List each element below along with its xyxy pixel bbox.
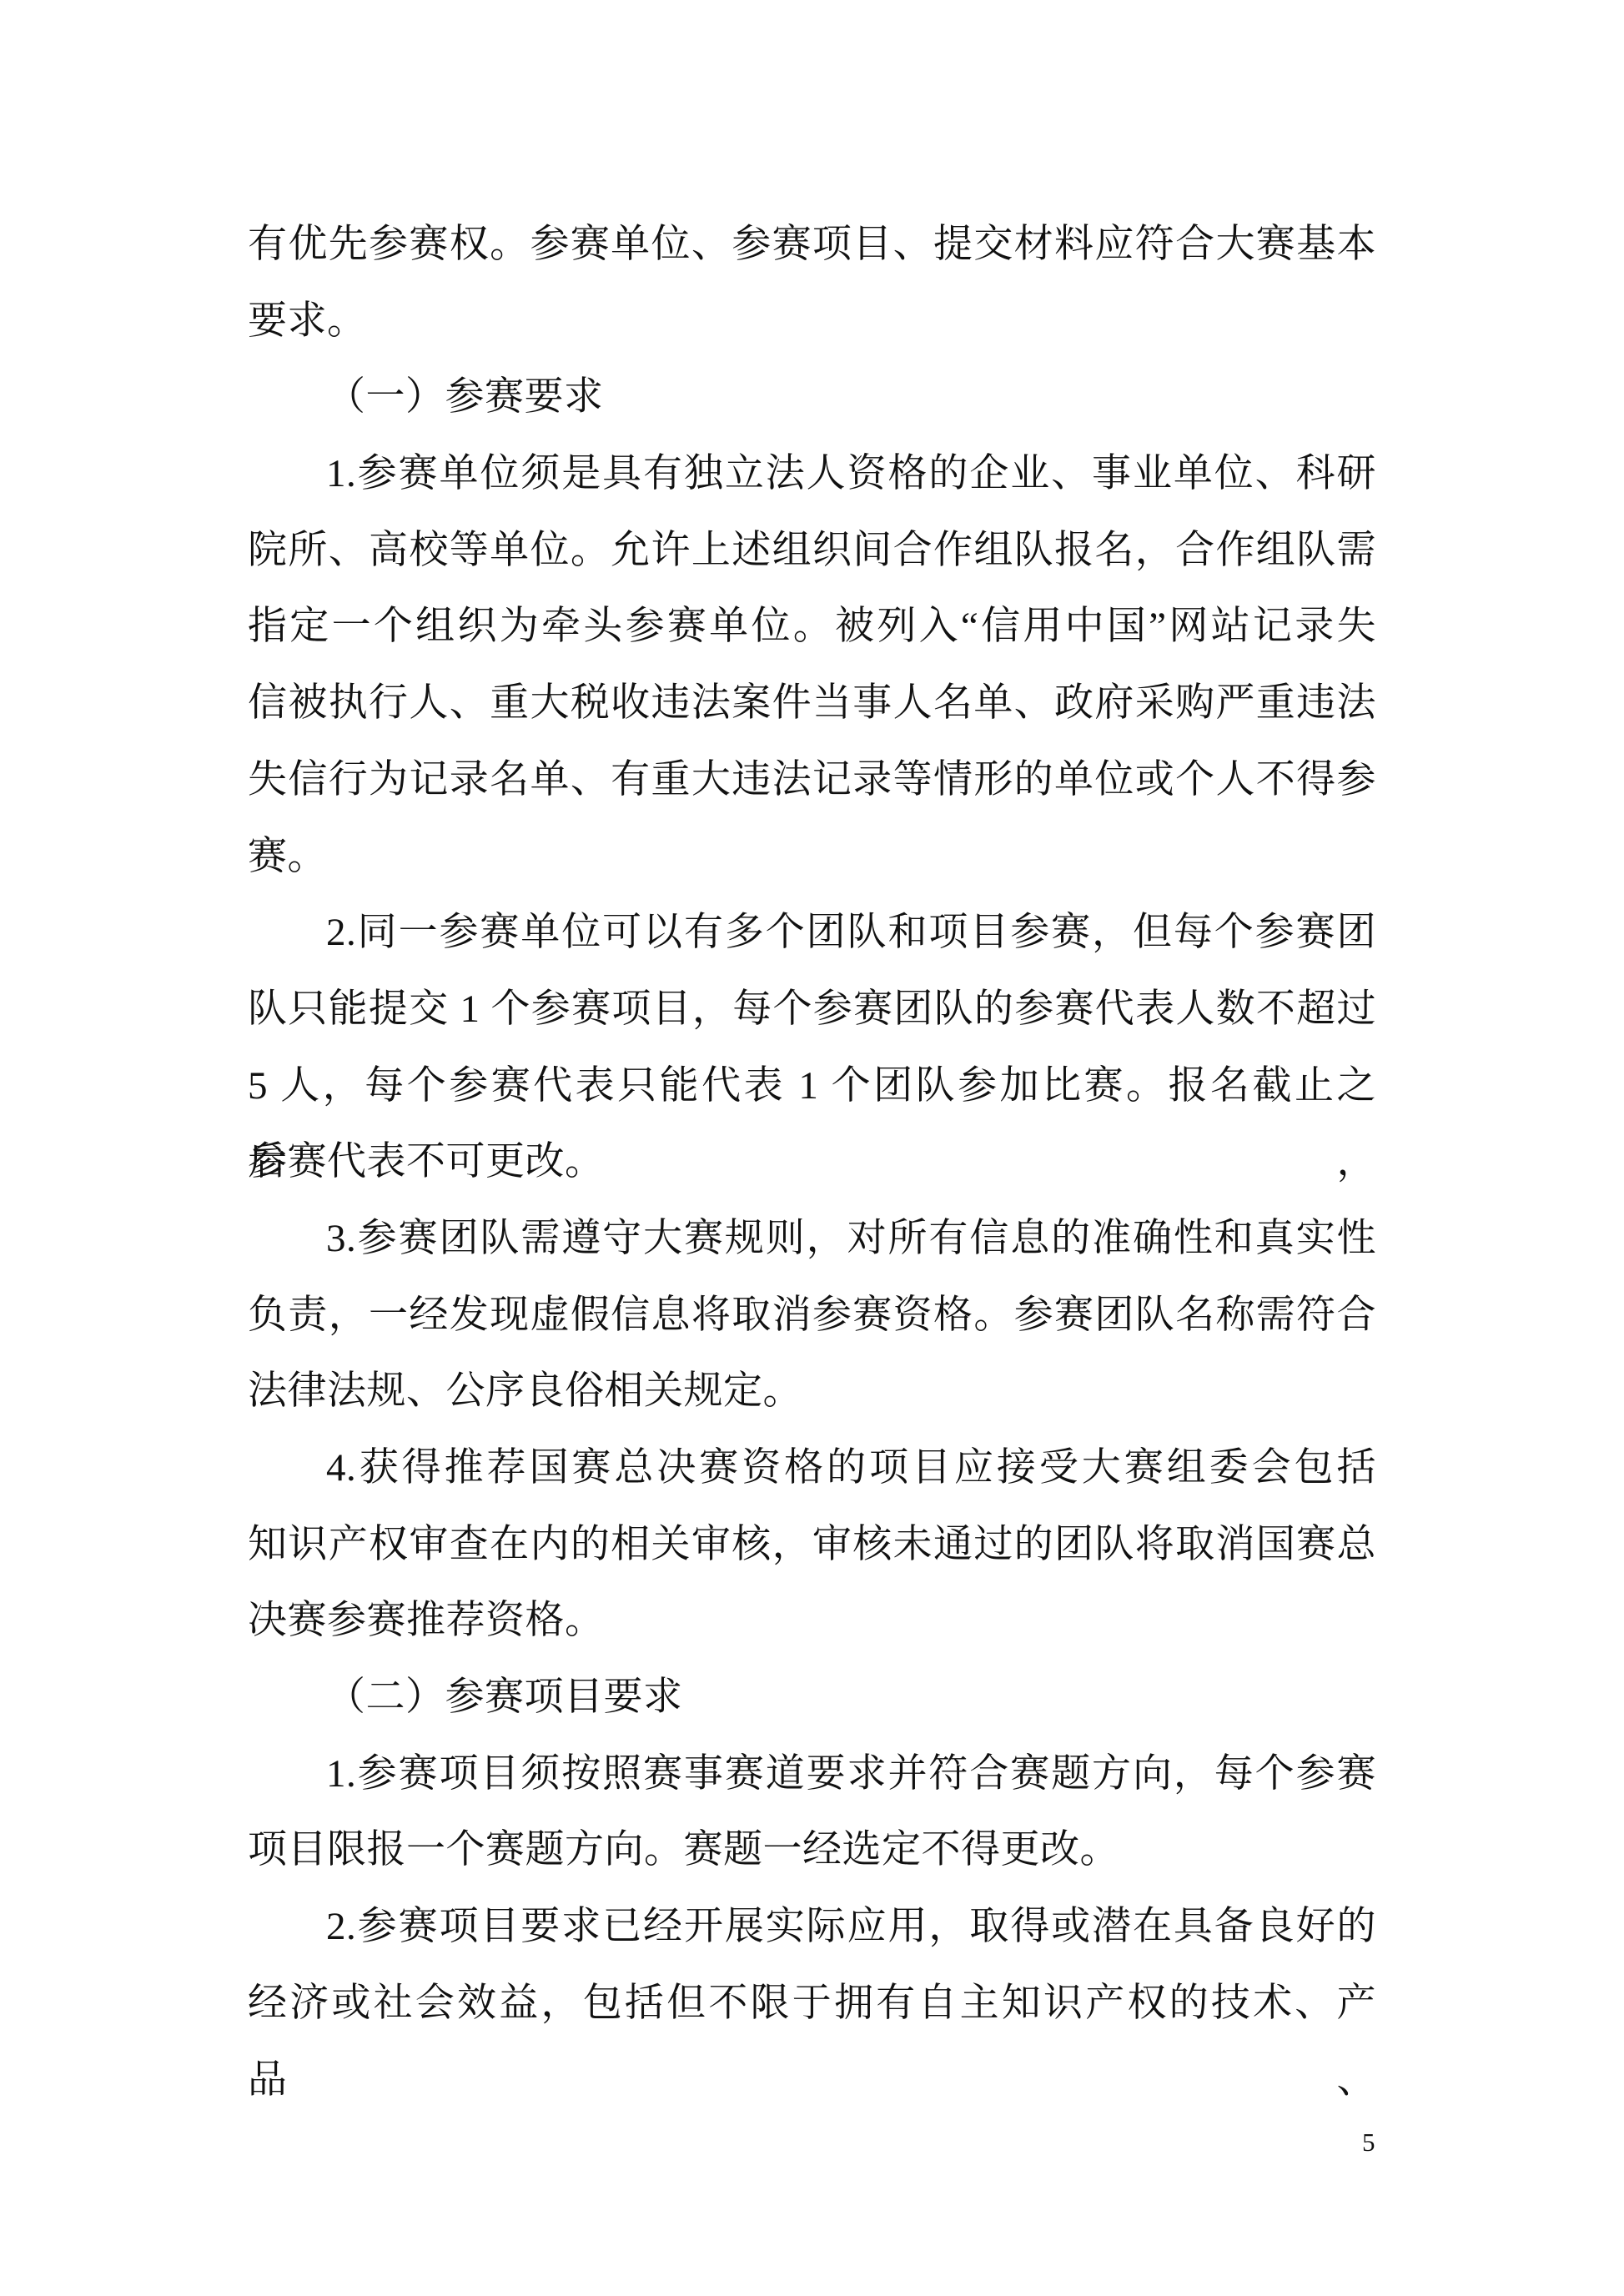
document-page: 有优先参赛权。参赛单位、参赛项目、提交材料应符合大赛基本要求。（一）参赛要求1.… xyxy=(0,0,1624,2296)
text-line: 队只能提交 1 个参赛项目，每个参赛团队的参赛代表人数不超过 xyxy=(248,972,1376,1048)
text-line: 法律法规、公序良俗相关规定。 xyxy=(248,1354,1376,1430)
text-line: 失信行为记录名单、有重大违法记录等情形的单位或个人不得参 xyxy=(248,742,1376,819)
text-line: 1.参赛单位须是具有独立法人资格的企业、事业单位、科研 xyxy=(248,436,1376,513)
document-body: 有优先参赛权。参赛单位、参赛项目、提交材料应符合大赛基本要求。（一）参赛要求1.… xyxy=(248,207,1376,2042)
text-line: 项目限报一个赛题方向。赛题一经选定不得更改。 xyxy=(248,1812,1376,1889)
text-line: 信被执行人、重大税收违法案件当事人名单、政府采购严重违法 xyxy=(248,666,1376,742)
section-heading-line: （二）参赛项目要求 xyxy=(248,1660,1376,1736)
text-line: 3.参赛团队需遵守大赛规则，对所有信息的准确性和真实性 xyxy=(248,1201,1376,1278)
section-heading-line: （一）参赛要求 xyxy=(248,359,1376,436)
page-number: 5 xyxy=(1362,2129,1375,2155)
text-line: 有优先参赛权。参赛单位、参赛项目、提交材料应符合大赛基本 xyxy=(248,207,1376,284)
text-line: 2.同一参赛单位可以有多个团队和项目参赛，但每个参赛团 xyxy=(248,895,1376,972)
text-line: 指定一个组织为牵头参赛单位。被列入“信用中国”网站记录失 xyxy=(248,589,1376,666)
text-line: 要求。 xyxy=(248,284,1376,360)
text-line: 院所、高校等单位。允许上述组织间合作组队报名，合作组队需 xyxy=(248,513,1376,590)
text-line: 负责，一经发现虚假信息将取消参赛资格。参赛团队名称需符合 xyxy=(248,1278,1376,1354)
text-line: 5 人，每个参赛代表只能代表 1 个团队参加比赛。报名截止之后， xyxy=(248,1048,1376,1125)
text-line: 4.获得推荐国赛总决赛资格的项目应接受大赛组委会包括 xyxy=(248,1430,1376,1507)
text-line: 赛。 xyxy=(248,819,1376,896)
text-line: 1.参赛项目须按照赛事赛道要求并符合赛题方向，每个参赛 xyxy=(248,1736,1376,1813)
text-line: 2.参赛项目要求已经开展实际应用，取得或潜在具备良好的 xyxy=(248,1889,1376,1966)
text-line: 知识产权审查在内的相关审核，审核未通过的团队将取消国赛总 xyxy=(248,1507,1376,1584)
text-line: 经济或社会效益，包括但不限于拥有自主知识产权的技术、产品、 xyxy=(248,1966,1376,2042)
text-line: 决赛参赛推荐资格。 xyxy=(248,1583,1376,1660)
